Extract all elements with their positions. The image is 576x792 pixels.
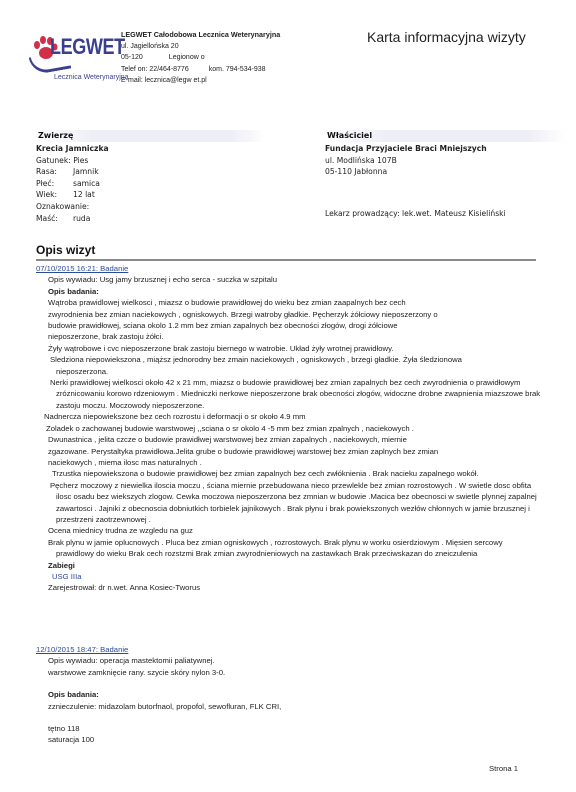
animal-field-marking: Oznakowanie: [36, 201, 109, 213]
exam-line: Nerki prawidłowej wielkosci około 42 x 2… [36, 377, 548, 411]
clinic-name: LEGWET Całodobowa Lecznica Weterynaryjna [121, 29, 280, 41]
procedure-item: USG IIIa [36, 571, 546, 582]
logo-brand: LEGWET [50, 34, 125, 60]
animal-info: Krecia Jamniczka Gatunek: Pies Rasa:Jamn… [36, 143, 109, 224]
owner-name: Fundacja Przyjaciele Braci Mniejszych [325, 143, 487, 155]
clinic-email: E-mail: lecznica@legw et.pl [121, 75, 280, 87]
clinic-city-row: 05-120Legionow o [121, 52, 280, 64]
logo-subtitle: Lecznica Weterynaryjna [54, 74, 129, 81]
owner-section-header: Właściciel [325, 130, 565, 142]
exam-line: zznieczulenie: midazolam butorfnaol, pro… [36, 701, 546, 712]
clinic-mobile: kom. 794-534-938 [209, 66, 266, 73]
clinic-info: LEGWET Całodobowa Lecznica Weterynaryjna… [121, 29, 280, 87]
exam-line: Pęcherz moczowy z niewielka iloscia mocz… [36, 480, 541, 526]
visit-link[interactable]: 12/10/2015 18:47: Badanie [36, 644, 546, 655]
owner-info: Fundacja Przyjaciele Braci Mniejszych ul… [325, 143, 487, 178]
visit-link[interactable]: 07/10/2015 16:21: Badanie [36, 263, 546, 274]
visits-divider [36, 259, 536, 261]
registered-by: Zarejestrował: dr n.wet. Anna Kosiec-Two… [36, 582, 546, 593]
visits-title: Opis wizyt [36, 243, 95, 257]
exam-line: Sledziona niepowiekszona , miąższ jednor… [36, 354, 506, 377]
animal-field-color: Maść:ruda [36, 213, 109, 225]
clinic-logo: LEGWET Lecznica Weterynaryjna [30, 30, 122, 90]
animal-field-breed: Rasa:Jamnik [36, 166, 109, 178]
exam-line: zwyrodnienia bez zmian naciekowych , ogn… [36, 309, 546, 320]
clinic-postal-code: 05-120 [121, 54, 143, 61]
visit-interview: Opis wywiadu: operacja mastektomii palia… [36, 655, 546, 666]
exam-label: Opis badania: [36, 689, 546, 700]
visit-1: 07/10/2015 16:21: Badanie Opis wywiadu: … [36, 263, 546, 594]
animal-field-species: Gatunek: Pies [36, 155, 109, 167]
exam-line: Żyły wątrobowe i cvc nieposzerzone brak … [36, 343, 546, 354]
exam-line: Brak plynu w jamie oplucnowych . Pluca b… [36, 537, 536, 560]
exam-line: Ocena miednicy trudna ze wzgledu na guz [36, 525, 546, 536]
attending-doctor: Lekarz prowadzący: lek.wet. Mateusz Kisi… [325, 209, 506, 218]
clinic-street: ul. Jagiellońska 20 [121, 41, 280, 53]
animal-field-age: Wiek:12 lat [36, 189, 109, 201]
exam-label: Opis badania: [36, 286, 546, 297]
clinic-phone: Telef on: 22/464-8776 [121, 66, 189, 73]
exam-line: nieposzerzone, brak zastoju żółci. [36, 331, 546, 342]
exam-line: Nadnercza niepowiekszone bez cech rozros… [36, 411, 546, 422]
page-number: Strona 1 [489, 764, 518, 773]
procedures-label: Zabiegi [36, 560, 546, 571]
visit-interview: warstwowe zamknięcie rany. szycie skóry … [36, 667, 546, 678]
clinic-city: Legionow o [169, 54, 205, 61]
exam-line: budowie prawidłowej, sciana okolo 1.2 mm… [36, 320, 546, 331]
exam-line: saturacja 100 [36, 734, 546, 745]
exam-line: zgazowane. Perystaltyka prawidłowa.Jelit… [36, 446, 546, 457]
animal-field-sex: Płeć:samica [36, 178, 109, 190]
animal-name: Krecia Jamniczka [36, 143, 109, 155]
visit-interview: Opis wywiadu: Usg jamy brzusznej i echo … [36, 274, 546, 285]
owner-street: ul. Modlińska 107B [325, 155, 487, 167]
visit-2: 12/10/2015 18:47: Badanie Opis wywiadu: … [36, 644, 546, 746]
exam-line: Trzustka niepowiekszona o budowie prawid… [36, 468, 514, 479]
clinic-phone-row: Telef on: 22/464-8776kom. 794-534-938 [121, 64, 280, 76]
exam-line: naciekowych , miema ilosc mas naturalnyc… [36, 457, 546, 468]
document-title: Karta informacyjna wizyty [367, 29, 526, 45]
exam-line: Zoladek o zachowanej budowie warstwowej … [36, 423, 546, 434]
exam-line: tętno 118 [36, 723, 546, 734]
exam-line: Dwunastnica , jelita czcze o budowie pra… [36, 434, 546, 445]
owner-city: 05-110 Jabłonna [325, 166, 487, 178]
animal-section-header: Zwierzę [36, 130, 266, 142]
exam-line: Wątroba prawidlowej wielkosci , miazsz o… [36, 297, 546, 308]
